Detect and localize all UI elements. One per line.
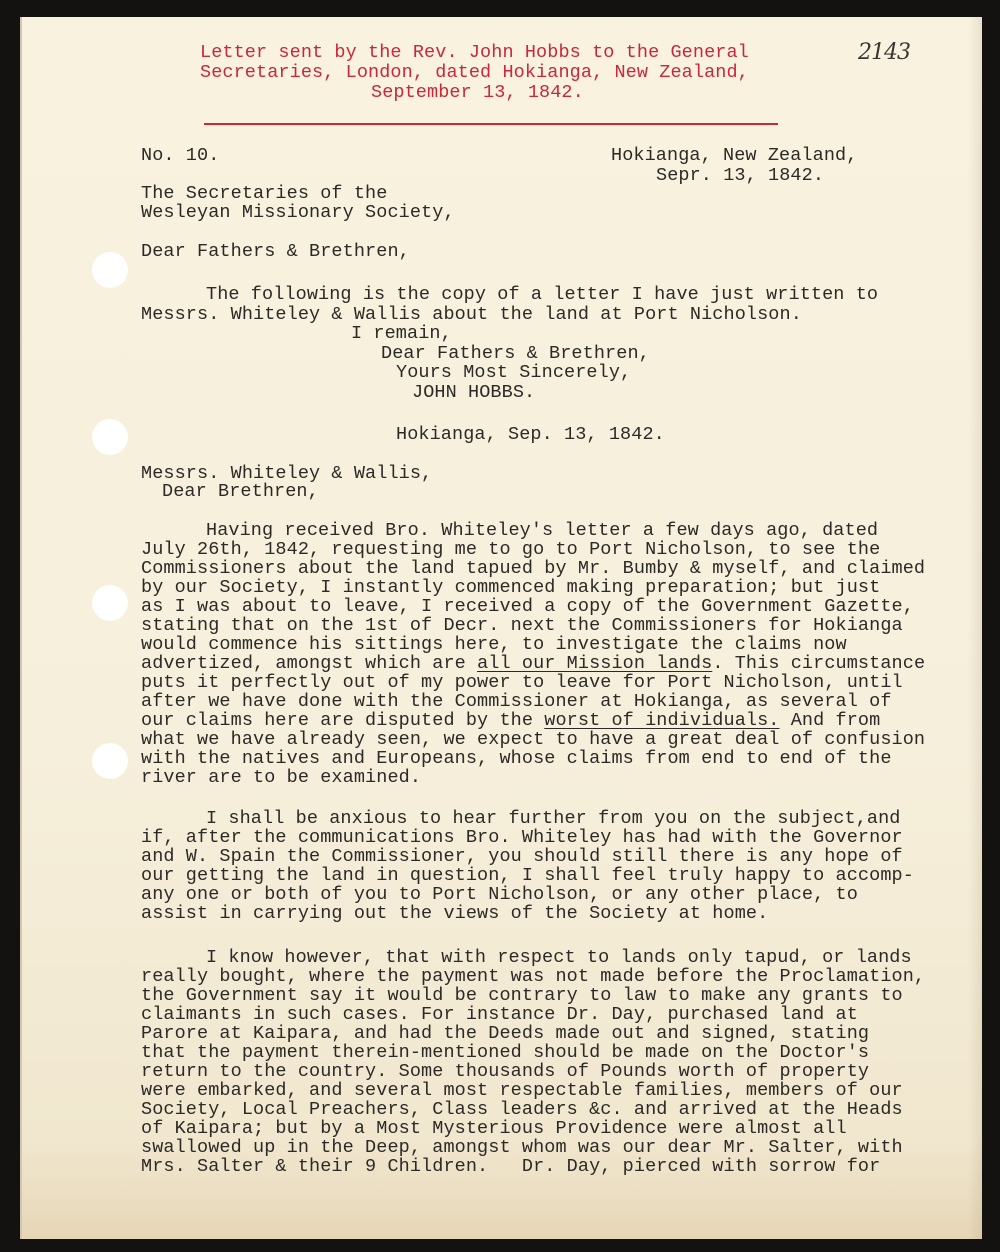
paragraph-line: Commissioners about the land tapued by M… <box>141 559 925 579</box>
date-line: Sepr. 13, 1842. <box>656 166 824 186</box>
paragraph-line: the Government say it would be contrary … <box>141 986 903 1006</box>
paragraph-line: by our Society, I instantly commenced ma… <box>141 578 880 598</box>
paragraph-line: and W. Spain the Commissioner, you shoul… <box>141 847 903 867</box>
paragraph-line: our claims here are disputed by the wors… <box>141 711 880 731</box>
text-run: And from <box>780 710 881 731</box>
paragraph-line: Having received Bro. Whiteley's letter a… <box>206 521 878 541</box>
punch-hole <box>92 585 128 621</box>
place-date: Hokianga, Sep. 13, 1842. <box>396 425 665 445</box>
paragraph-line: advertized, amongst which are all our Mi… <box>141 654 925 674</box>
archive-number: 2143 <box>858 40 910 65</box>
paragraph-line: I shall be anxious to hear further from … <box>206 809 901 829</box>
paragraph-line: any one or both of you to Port Nicholson… <box>141 885 858 905</box>
paragraph-line: would commence his sittings here, to inv… <box>141 635 847 655</box>
letter-number: No. 10. <box>141 146 219 166</box>
underlined-text: worst of individuals. <box>544 710 779 731</box>
header-rule <box>204 123 778 125</box>
header-line: September 13, 1842. <box>371 83 584 103</box>
addressee-line: Wesleyan Missionary Society, <box>141 203 455 223</box>
paragraph-line: claimants in such cases. For instance Dr… <box>141 1005 858 1025</box>
paragraph-line: July 26th, 1842, requesting me to go to … <box>141 540 880 560</box>
underlined-text: all our Mission lands <box>477 653 712 674</box>
header-line: Secretaries, London, dated Hokianga, New… <box>200 63 749 83</box>
paragraph-line: Society, Local Preachers, Class leaders … <box>141 1100 903 1120</box>
paragraph-line: puts it perfectly out of my power to lea… <box>141 673 903 693</box>
paragraph-line: Mrs. Salter & their 9 Children. Dr. Day,… <box>141 1157 880 1177</box>
paragraph-line: I know however, that with respect to lan… <box>206 948 912 968</box>
paragraph-line: that the payment therein-mentioned shoul… <box>141 1043 869 1063</box>
paragraph-line: what we have already seen, we expect to … <box>141 730 925 750</box>
text-run: . This circumstance <box>712 653 925 674</box>
punch-hole <box>92 743 128 779</box>
paragraph-line: as I was about to leave, I received a co… <box>141 597 914 617</box>
addressee-line: The Secretaries of the <box>141 184 387 204</box>
text-run: our claims here are disputed by the <box>141 710 544 731</box>
paragraph-line: were embarked, and several most respecta… <box>141 1081 903 1101</box>
paragraph-line: really bought, where the payment was not… <box>141 967 925 987</box>
paragraph-line: stating that on the 1st of Decr. next th… <box>141 616 903 636</box>
salutation: Dear Brethren, <box>162 482 319 502</box>
body-line: The following is the copy of a letter I … <box>206 285 878 305</box>
paragraph-line: swallowed up in the Deep, amongst whom w… <box>141 1138 903 1158</box>
place-line: Hokianga, New Zealand, <box>611 146 857 166</box>
salutation: Dear Fathers & Brethren, <box>141 242 410 262</box>
signature: JOHN HOBBS. <box>412 383 535 403</box>
punch-hole <box>92 252 128 288</box>
paragraph-line: with the natives and Europeans, whose cl… <box>141 749 892 769</box>
header-line: Letter sent by the Rev. John Hobbs to th… <box>200 43 749 63</box>
paragraph-line: after we have done with the Commissioner… <box>141 692 892 712</box>
paragraph-line: our getting the land in question, I shal… <box>141 866 914 886</box>
closing-line: Dear Fathers & Brethren, <box>381 344 650 364</box>
paragraph-line: river are to be examined. <box>141 768 421 788</box>
body-line: Messrs. Whiteley & Wallis about the land… <box>141 305 802 325</box>
paragraph-line: of Kaipara; but by a Most Mysterious Pro… <box>141 1119 847 1139</box>
punch-hole <box>92 419 128 455</box>
closing-line: I remain, <box>351 324 452 344</box>
closing-line: Yours Most Sincerely, <box>396 363 631 383</box>
paragraph-line: Parore at Kaipara, and had the Deeds mad… <box>141 1024 869 1044</box>
text-run: advertized, amongst which are <box>141 653 477 674</box>
paragraph-line: if, after the communications Bro. Whitel… <box>141 828 903 848</box>
paragraph-line: assist in carrying out the views of the … <box>141 904 768 924</box>
paragraph-line: return to the country. Some thousands of… <box>141 1062 869 1082</box>
